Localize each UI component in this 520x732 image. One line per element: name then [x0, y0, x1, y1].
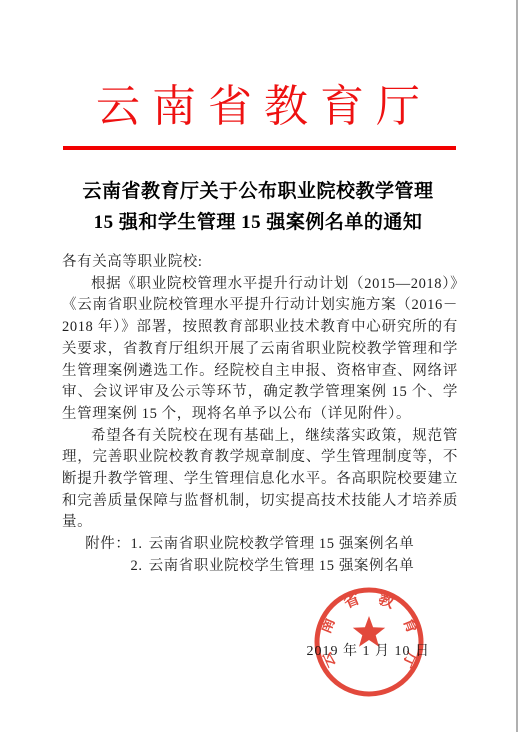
attachment-index: 1.: [131, 536, 143, 552]
attachments-list: 1.云南省职业院校教学管理 15 强案例名单 2.云南省职业院校学生管理 15 …: [131, 534, 415, 577]
page-right-edge: [516, 0, 518, 732]
body-paragraph-1: 根据《职业院校管理水平提升行动计划（2015—2018）》《云南省职业院校管理水…: [62, 274, 458, 426]
attachment-item: 1.云南省职业院校教学管理 15 强案例名单: [131, 534, 415, 556]
attachment-text: 云南省职业院校学生管理 15 强案例名单: [149, 558, 415, 574]
agency-letterhead: 云南省教育厅: [0, 80, 516, 134]
attachment-item: 2.云南省职业院校学生管理 15 强案例名单: [131, 556, 415, 578]
attachment-text: 云南省职业院校教学管理 15 强案例名单: [149, 536, 415, 552]
document-title: 云南省教育厅关于公布职业院校教学管理 15 强和学生管理 15 强案例名单的通知: [30, 176, 486, 238]
attachment-index: 2.: [131, 558, 143, 574]
attachments-block: 附件： 1.云南省职业院校教学管理 15 强案例名单 2.云南省职业院校学生管理…: [62, 534, 458, 577]
letterhead-divider: [63, 146, 456, 150]
official-seal: 云南省教育厅: [308, 586, 430, 698]
document-title-line1: 云南省教育厅关于公布职业院校教学管理: [30, 176, 486, 207]
attachments-label: 附件：: [85, 534, 130, 556]
salutation: 各有关高等职业院校:: [62, 252, 458, 274]
document-body: 各有关高等职业院校: 根据《职业院校管理水平提升行动计划（2015—2018）》…: [62, 252, 458, 578]
document-title-line2: 15 强和学生管理 15 强案例名单的通知: [30, 207, 486, 238]
body-paragraph-2: 希望各有关院校在现有基础上，继续落实政策，规范管理，完善职业院校教育教学规章制度…: [62, 426, 458, 535]
document-page: 云南省教育厅 云南省教育厅关于公布职业院校教学管理 15 强和学生管理 15 强…: [0, 0, 520, 732]
seal-ring: [317, 590, 421, 694]
seal-star-icon: [353, 616, 385, 647]
